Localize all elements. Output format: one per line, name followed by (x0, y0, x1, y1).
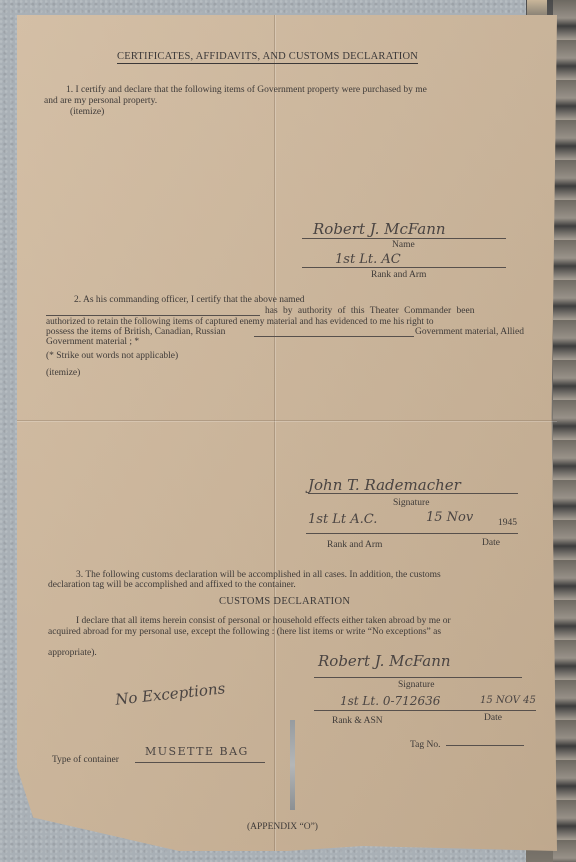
section2-signature-line (308, 493, 518, 494)
section1-text-line2: and are my personal property. (44, 96, 157, 107)
section1-rank-line (302, 267, 506, 268)
container-type-label: Type of container (52, 755, 119, 766)
section2-rank-date-line (306, 533, 518, 534)
tag-number-label: Tag No. (410, 740, 440, 751)
section2-text-line2: has by authority of this Theater Command… (265, 306, 474, 317)
section1-text-line1: 1. I certify and declare that the follow… (66, 85, 427, 96)
document-title: CERTIFICATES, AFFIDAVITS, AND CUSTOMS DE… (117, 51, 418, 64)
container-type-handwritten: MUSETTE BAG (145, 745, 249, 758)
section3-rank-date-line (314, 710, 536, 711)
section2-name-blank (46, 315, 260, 316)
customs-declaration-heading: CUSTOMS DECLARATION (219, 596, 350, 607)
section2-government-blank (254, 336, 414, 337)
section3-text-line2: declaration tag will be accomplished and… (48, 580, 296, 591)
section1-name-label: Name (392, 240, 415, 251)
document-paper (17, 15, 557, 851)
section2-rank-handwritten: 1st Lt A.C. (308, 512, 377, 527)
section3-signature-label: Signature (398, 680, 434, 691)
section1-rank-handwritten: 1st Lt. AC (335, 252, 401, 267)
appendix-footer: (APPENDIX “O”) (247, 822, 318, 833)
section2-text-line5: Government material ; * (46, 337, 139, 348)
section2-intro: 2. As his commanding officer, I certify … (74, 295, 305, 306)
section2-signature-handwritten: John T. Rademacher (308, 476, 461, 494)
declaration-line1: I declare that all items herein consist … (76, 616, 451, 627)
section1-name-handwritten: Robert J. McFann (313, 220, 446, 238)
vertical-fold-crease (274, 15, 275, 851)
section2-date-year: 1945 (498, 518, 517, 529)
background-photo-strip-right (553, 0, 576, 862)
container-type-line (135, 762, 265, 763)
section2-signature-label: Signature (393, 498, 429, 509)
section2-itemize-label: (itemize) (46, 368, 80, 379)
section2-date-label: Date (482, 538, 500, 549)
paper-tear (290, 720, 295, 810)
horizontal-fold-crease (17, 420, 557, 421)
section1-rank-label: Rank and Arm (371, 270, 426, 281)
section1-itemize-label: (itemize) (70, 107, 104, 118)
section1-name-line (302, 238, 506, 239)
declaration-line2: acquired abroad for my personal use, exc… (48, 627, 441, 638)
section2-rank-label: Rank and Arm (327, 540, 382, 551)
declaration-line3: appropriate). (48, 648, 97, 659)
section3-signature-handwritten: Robert J. McFann (318, 652, 451, 670)
section2-date-handwritten: 15 Nov (426, 510, 473, 525)
section3-rank-asn-handwritten: 1st Lt. 0-712636 (340, 694, 440, 708)
section3-date-label: Date (484, 713, 502, 724)
section3-rank-asn-label: Rank & ASN (332, 716, 383, 727)
section2-strike-note: (* Strike out words not applicable) (46, 351, 178, 362)
section3-date-handwritten: 15 NOV 45 (480, 695, 536, 706)
tag-number-line (446, 745, 524, 746)
section3-signature-line (314, 677, 522, 678)
section2-text-line4b: Government material, Allied (415, 327, 524, 338)
